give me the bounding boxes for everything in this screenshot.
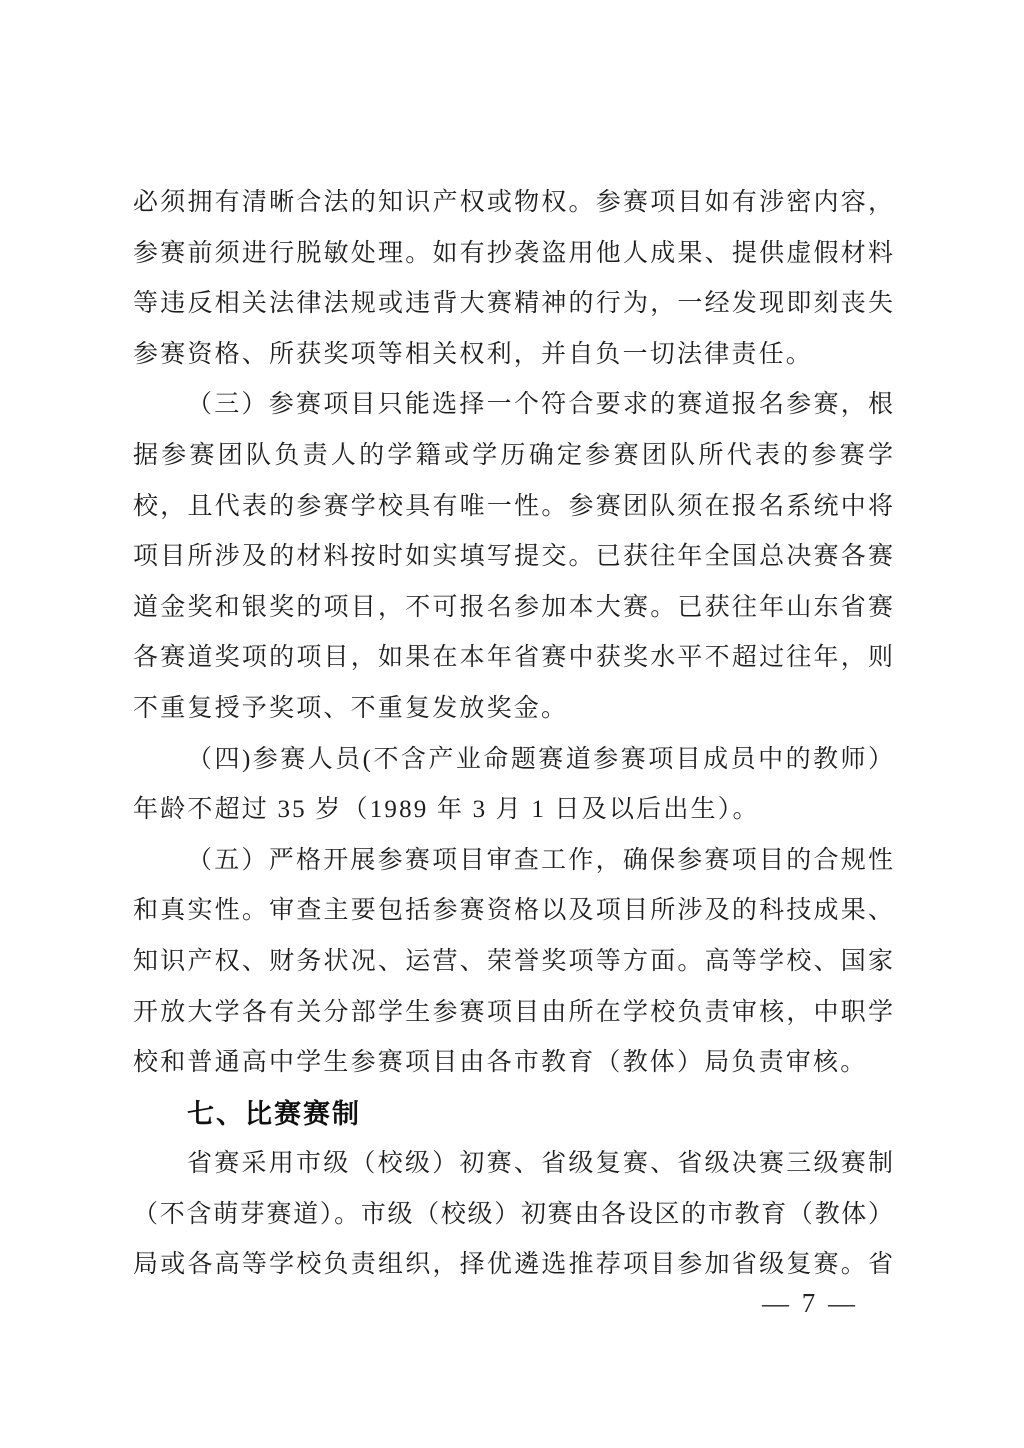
- text-line: 校，且代表的参赛学校具有唯一性。参赛团队须在报名系统中将: [133, 482, 893, 533]
- text-line: 年龄不超过 35 岁（1989 年 3 月 1 日及以后出生）。: [133, 785, 893, 836]
- document-body: 必须拥有清晰合法的知识产权或物权。参赛项目如有涉密内容，参赛前须进行脱敏处理。如…: [133, 178, 893, 1291]
- text-line: 校和普通高中学生参赛项目由各市教育（教体）局负责审核。: [133, 1038, 893, 1089]
- text-line: 等违反相关法律法规或违背大赛精神的行为，一经发现即刻丧失: [133, 279, 893, 330]
- text-line: 据参赛团队负责人的学籍或学历确定参赛团队所代表的参赛学: [133, 431, 893, 482]
- paragraph: （五）严格开展参赛项目审查工作，确保参赛项目的合规性和真实性。审查主要包括参赛资…: [133, 836, 893, 1089]
- text-line: 开放大学各有关分部学生参赛项目由所在学校负责审核，中职学: [133, 988, 893, 1039]
- text-line: 参赛资格、所获奖项等相关权利，并自负一切法律责任。: [133, 330, 893, 381]
- document-page: 必须拥有清晰合法的知识产权或物权。参赛项目如有涉密内容，参赛前须进行脱敏处理。如…: [0, 0, 1024, 1448]
- paragraph: （四)参赛人员(不含产业命题赛道参赛项目成员中的教师）年龄不超过 35 岁（19…: [133, 735, 893, 836]
- text-line: 七、比赛赛制: [133, 1089, 893, 1140]
- text-line: 和真实性。审查主要包括参赛资格以及项目所涉及的科技成果、: [133, 886, 893, 937]
- section-heading: 七、比赛赛制: [133, 1089, 893, 1140]
- paragraph: （三）参赛项目只能选择一个符合要求的赛道报名参赛，根据参赛团队负责人的学籍或学历…: [133, 380, 893, 734]
- text-line: 道金奖和银奖的项目，不可报名参加本大赛。已获往年山东省赛: [133, 583, 893, 634]
- text-line: 各赛道奖项的项目，如果在本年省赛中获奖水平不超过往年，则: [133, 633, 893, 684]
- text-line: 必须拥有清晰合法的知识产权或物权。参赛项目如有涉密内容，: [133, 178, 893, 229]
- page-number: — 7 —: [762, 1283, 858, 1323]
- text-line: （三）参赛项目只能选择一个符合要求的赛道报名参赛，根: [133, 380, 893, 431]
- text-line: （四)参赛人员(不含产业命题赛道参赛项目成员中的教师）: [133, 735, 893, 786]
- paragraph: 必须拥有清晰合法的知识产权或物权。参赛项目如有涉密内容，参赛前须进行脱敏处理。如…: [133, 178, 893, 380]
- text-line: 不重复授予奖项、不重复发放奖金。: [133, 684, 893, 735]
- text-line: 参赛前须进行脱敏处理。如有抄袭盗用他人成果、提供虚假材料: [133, 229, 893, 280]
- text-line: 省赛采用市级（校级）初赛、省级复赛、省级决赛三级赛制: [133, 1139, 893, 1190]
- text-line: （不含萌芽赛道）。市级（校级）初赛由各设区的市教育（教体）: [133, 1190, 893, 1241]
- text-line: 项目所涉及的材料按时如实填写提交。已获往年全国总决赛各赛: [133, 532, 893, 583]
- text-line: 知识产权、财务状况、运营、荣誉奖项等方面。高等学校、国家: [133, 937, 893, 988]
- paragraph: 省赛采用市级（校级）初赛、省级复赛、省级决赛三级赛制（不含萌芽赛道）。市级（校级…: [133, 1139, 893, 1291]
- text-line: （五）严格开展参赛项目审查工作，确保参赛项目的合规性: [133, 836, 893, 887]
